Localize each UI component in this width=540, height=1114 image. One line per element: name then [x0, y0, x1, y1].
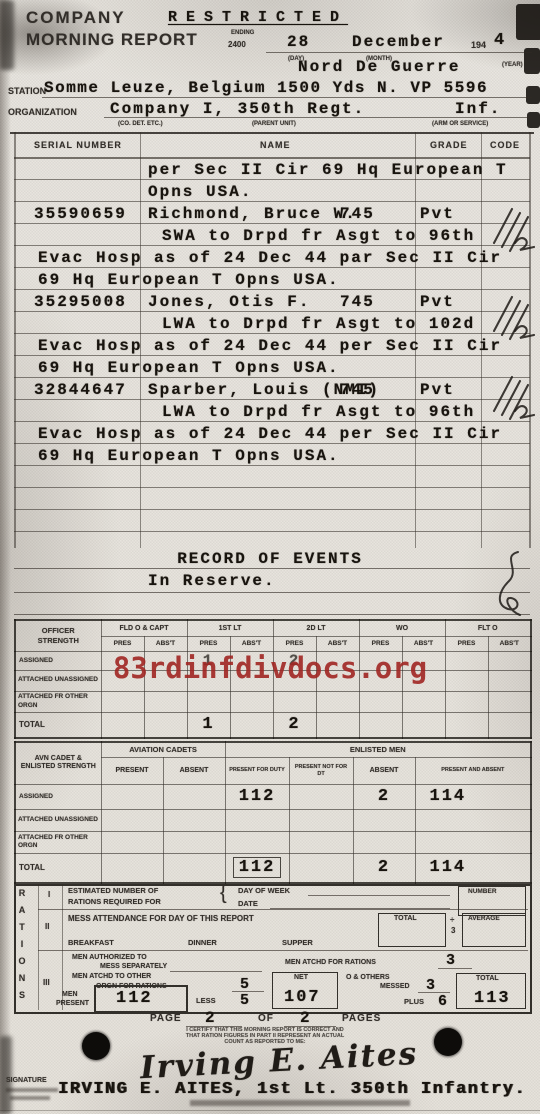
restricted-stamp: RESTRICTED — [168, 9, 348, 26]
roster-line: LWA to Drpd fr Asgt to 102d — [14, 312, 530, 334]
enlisted-assigned-absent: 2 — [353, 784, 415, 809]
date-label: DATE — [238, 899, 258, 908]
roster-line: 35295008 Jones, Otis F. 745 Pvt — [14, 290, 530, 312]
punch-hole — [434, 1028, 462, 1056]
col-header-code: CODE — [490, 140, 520, 150]
subcol-abst: ABS'T — [488, 636, 531, 651]
empty-cell — [445, 691, 488, 712]
rule — [10, 132, 534, 134]
col-header-name: NAME — [260, 140, 291, 150]
group-flt-o: FLT O — [445, 620, 531, 636]
subcol-pres: PRES — [101, 636, 144, 651]
website-watermark: 83rdinfdivdocs.org — [0, 651, 540, 685]
empty-cell — [230, 712, 273, 738]
men-authorized-line2: MESS SEPARATELY — [100, 963, 167, 970]
roster-text: 69 Hq European T Opns USA. — [38, 447, 340, 465]
subcol-abst: ABS'T — [230, 636, 273, 651]
serial-number: 32844647 — [34, 381, 127, 399]
empty-cell — [101, 809, 163, 831]
empty-cell — [289, 831, 353, 853]
rule — [14, 592, 530, 593]
rule — [38, 950, 528, 951]
empty-cell — [101, 691, 144, 712]
empty-cell — [163, 831, 225, 853]
empty-cell — [101, 784, 163, 809]
net-label: NET — [294, 974, 308, 981]
enlisted-total-absent: 2 — [353, 853, 415, 883]
men-atchd-rations-value: 3 — [446, 952, 457, 969]
form-title-morning-report: MORNING REPORT — [26, 30, 198, 50]
section-iii-numeral: III — [43, 978, 50, 987]
mess-total-label: TOTAL — [394, 915, 417, 922]
empty-cell — [353, 809, 415, 831]
empty-cell — [316, 691, 359, 712]
subcol-abst: ABS'T — [144, 636, 187, 651]
supper-label: SUPPER — [282, 938, 313, 947]
estimated-rations-line2: RATIONS REQUIRED FOR — [68, 897, 161, 906]
roster-text: Evac Hosp as of 24 Dec 44 per Sec II Cir — [38, 337, 502, 355]
mos-code: 745 — [340, 205, 375, 223]
page-number: 2 — [205, 1009, 217, 1027]
empty-cell — [289, 853, 353, 883]
handwritten-code-mark — [482, 291, 536, 345]
empty-cell — [289, 784, 353, 809]
breakfast-label: BREAKFAST — [68, 938, 114, 947]
rule — [308, 895, 450, 896]
rule — [38, 909, 528, 910]
label-line: OFFICER — [16, 626, 101, 635]
mos-code: 745 — [340, 381, 375, 399]
empty-cell — [230, 691, 273, 712]
rations-side-label: RATIONS — [17, 888, 27, 1008]
subcol-abst: ABS'T — [402, 636, 445, 651]
plus-label: PLUS — [404, 997, 424, 1006]
roster-line-empty — [14, 466, 530, 488]
pages-total: 2 — [300, 1009, 312, 1027]
report-day: 28 — [287, 33, 310, 51]
group-1st-lt: 1ST LT — [187, 620, 273, 636]
co-det-caption: (CO. DET. ETC.) — [118, 121, 163, 127]
punch-hole — [82, 1032, 110, 1060]
empty-cell — [488, 691, 531, 712]
label-line: STRENGTH — [16, 636, 101, 645]
subcol-present: PRESENT — [101, 757, 163, 784]
form-title-company: COMPANY — [26, 8, 126, 28]
soldier-name: Jones, Otis F. — [148, 293, 310, 311]
rule — [38, 884, 39, 1010]
mess-attendance-title: MESS ATTENDANCE FOR DAY OF THIS REPORT — [68, 914, 254, 923]
enlisted-total-pfd-cell: 112 — [225, 853, 289, 883]
station-value: Somme Leuze, Belgium 1500 Yds N. VP 5596 — [44, 79, 488, 97]
empty-cell — [359, 691, 402, 712]
subcol-abst: ABS'T — [316, 636, 359, 651]
divide-three: 3 — [451, 926, 455, 935]
estimated-rations-line1: ESTIMATED NUMBER OF — [68, 886, 158, 895]
officer-total-2dlt-pres: 2 — [273, 712, 316, 738]
scan-blotch — [0, 1036, 12, 1114]
roster-line: SWA to Drpd fr Asgt to 96th — [14, 224, 530, 246]
illegible-form-print — [190, 1100, 410, 1106]
empty-cell — [187, 691, 230, 712]
morning-report-scan: COMPANY MORNING REPORT RESTRICTED ENDING… — [0, 0, 540, 1114]
roster-text: Evac Hosp as of 24 Dec 44 par Sec II Cir — [38, 249, 502, 267]
group-aviation-cadets: AVIATION CADETS — [101, 742, 225, 757]
divide-sign: ÷ — [450, 915, 454, 924]
officer-total-1stlt-pres: 1 — [187, 712, 230, 738]
organization-value: Company I, 350th Regt. — [110, 100, 365, 118]
enlisted-total-paa: 114 — [415, 853, 531, 883]
roster-line: Opns USA. — [14, 180, 530, 202]
avn-cadet-enlisted-label: AVN CADET & ENLISTED STRENGTH — [15, 742, 101, 784]
empty-cell — [289, 809, 353, 831]
enlisted-assigned-pfd: 112 — [225, 784, 289, 809]
subcol-present-not-for-dt: PRESENT NOT FOR DT — [289, 757, 353, 784]
subcol-pres: PRES — [273, 636, 316, 651]
subcol-pres: PRES — [445, 636, 488, 651]
rank: Pvt — [420, 293, 455, 311]
empty-cell — [402, 691, 445, 712]
illegible-form-print — [10, 1096, 50, 1100]
arm-service-value: Inf. — [455, 100, 501, 118]
scan-blotch — [0, 0, 14, 70]
rule — [270, 908, 450, 909]
mos-code: 745 — [340, 293, 375, 311]
station-label: STATION — [8, 86, 46, 96]
subcol-pres: PRES — [359, 636, 402, 651]
organization-label: ORGANIZATION — [8, 107, 77, 117]
soldier-name: Richmond, Bruce W. — [148, 205, 357, 223]
group-fld-o-capt: FLD O & CAPT — [101, 620, 187, 636]
empty-cell — [101, 831, 163, 853]
roster-line: Evac Hosp as of 24 Dec 44 per Sec II Cir — [14, 334, 530, 356]
empty-cell — [163, 809, 225, 831]
row-attached-fr-other: ATTACHED FR OTHER ORGN — [15, 831, 101, 853]
roster-text: LWA to Drpd fr Asgt to 96th — [162, 403, 475, 421]
of-label: OF — [258, 1013, 274, 1024]
rations-total-label: TOTAL — [476, 975, 499, 982]
roster-text: per Sec II Cir 69 Hq European T — [148, 161, 508, 179]
day-of-week-label: DAY OF WEEK — [238, 886, 290, 895]
empty-cell — [225, 809, 289, 831]
roster-line-empty — [14, 510, 530, 532]
rations-total-value: 113 — [474, 989, 511, 1008]
empty-cell — [163, 853, 225, 883]
report-year-digit: 4 — [494, 31, 506, 50]
roster-text: Opns USA. — [148, 183, 252, 201]
rank: Pvt — [420, 381, 455, 399]
officer-strength-label: OFFICER STRENGTH — [15, 620, 101, 651]
rule — [14, 614, 530, 615]
section-ii-numeral: II — [45, 922, 49, 931]
signature-label: SIGNATURE — [6, 1077, 47, 1084]
roster-line-empty — [14, 488, 530, 510]
present-label: PRESENT — [56, 1000, 89, 1007]
rank: Pvt — [420, 205, 455, 223]
empty-cell — [225, 831, 289, 853]
serial-number: 35295008 — [34, 293, 127, 311]
roster-text: 69 Hq European T Opns USA. — [38, 271, 340, 289]
rule — [266, 52, 532, 53]
roster-line: Evac Hosp as of 24 Dec 44 par Sec II Cir — [14, 246, 530, 268]
map-grid-note: Nord De Guerre — [298, 58, 460, 76]
men-atchd-rations-label: MEN ATCHD FOR RATIONS — [285, 959, 376, 966]
scan-blotch — [527, 112, 540, 128]
pages-label: PAGES — [342, 1013, 381, 1024]
subcol-absent: ABSENT — [163, 757, 225, 784]
plus-value: 6 — [438, 993, 449, 1010]
men-present-value: 112 — [116, 989, 153, 1008]
rule — [0, 1110, 540, 1111]
roster-line: 35590659 Richmond, Bruce W. 745 Pvt — [14, 202, 530, 224]
men-label: MEN — [62, 991, 78, 998]
row-assigned: ASSIGNED — [15, 784, 101, 809]
roster-text: LWA to Drpd fr Asgt to 102d — [162, 315, 475, 333]
less-value: 5 — [240, 992, 251, 1009]
handwritten-code-mark — [482, 203, 536, 257]
number-box-label: NUMBER — [468, 888, 497, 895]
enlisted-total-pfd: 112 — [233, 857, 282, 878]
empty-cell — [163, 784, 225, 809]
roster-line: 69 Hq European T Opns USA. — [14, 356, 530, 378]
typed-signature-name: IRVING E. AITES, 1st Lt. 350th Infantry. — [58, 1080, 526, 1099]
scan-blotch — [526, 86, 540, 104]
record-of-events-title: RECORD OF EVENTS — [0, 550, 540, 568]
handwritten-flourish — [488, 548, 532, 618]
arm-service-caption: (ARM OR SERVICE) — [432, 121, 488, 127]
roster-line: 32844647 Sparber, Louis (NMI) 745 Pvt — [14, 378, 530, 400]
serial-number: 35590659 — [34, 205, 127, 223]
row-attached-unassigned: ATTACHED UNASSIGNED — [15, 809, 101, 831]
empty-cell — [101, 853, 163, 883]
year-caption: (YEAR) — [502, 62, 523, 68]
scan-blotch — [516, 4, 540, 40]
row-attached-fr-other: ATTACHED FR OTHER ORGN — [15, 691, 101, 712]
roster-line: 69 Hq European T Opns USA. — [14, 444, 530, 466]
roster-line: per Sec II Cir 69 Hq European T — [14, 158, 530, 180]
dinner-label: DINNER — [188, 938, 217, 947]
group-wo: WO — [359, 620, 445, 636]
section-i-numeral: I — [48, 890, 50, 899]
men-authorized-line1: MEN AUTHORIZED TO — [72, 954, 147, 961]
subcol-absent-en: ABSENT — [353, 757, 415, 784]
others-line1: O & OTHERS — [346, 974, 390, 981]
empty-cell — [316, 712, 359, 738]
roster-rows: per Sec II Cir 69 Hq European T Opns USA… — [14, 158, 530, 548]
col-header-grade: GRADE — [430, 140, 468, 150]
rule — [104, 117, 532, 118]
illegible-form-print — [6, 1088, 58, 1092]
empty-cell — [273, 691, 316, 712]
empty-cell — [415, 831, 531, 853]
roster-text: 69 Hq European T Opns USA. — [38, 359, 340, 377]
record-of-events-entry: In Reserve. — [148, 572, 276, 590]
row-total: TOTAL — [15, 712, 101, 738]
net-value: 107 — [284, 988, 321, 1007]
col-header-serial: SERIAL NUMBER — [34, 140, 122, 150]
ending-time: 2400 — [228, 40, 246, 49]
rule — [14, 568, 530, 569]
enlisted-assigned-paa: 114 — [415, 784, 531, 809]
rule — [170, 971, 262, 972]
subcol-pres: PRES — [187, 636, 230, 651]
group-enlisted-men: ENLISTED MEN — [225, 742, 531, 757]
year-prefix: 194 — [471, 40, 486, 50]
men-atchd-other-line1: MEN ATCHD TO OTHER — [72, 973, 151, 980]
rule — [438, 968, 472, 969]
rule — [42, 97, 532, 98]
empty-cell — [445, 712, 488, 738]
empty-cell — [144, 712, 187, 738]
handwritten-code-mark — [482, 371, 536, 425]
page-label: PAGE — [150, 1013, 182, 1024]
empty-cell — [359, 712, 402, 738]
row-total: TOTAL — [15, 853, 101, 883]
report-month: December — [352, 33, 445, 51]
roster-line: Evac Hosp as of 24 Dec 44 per Sec II Cir — [14, 422, 530, 444]
empty-cell — [144, 691, 187, 712]
average-label: AVERAGE — [468, 915, 500, 922]
empty-cell — [415, 809, 531, 831]
empty-cell — [101, 712, 144, 738]
parent-unit-caption: (PARENT UNIT) — [252, 121, 296, 127]
less-label: LESS — [196, 996, 216, 1005]
roster-text: Evac Hosp as of 24 Dec 44 per Sec II Cir — [38, 425, 502, 443]
others-line2: MESSED — [380, 983, 410, 990]
empty-cell — [353, 831, 415, 853]
roster-line: LWA to Drpd fr Asgt to 96th — [14, 400, 530, 422]
brace: { — [220, 882, 227, 905]
roster-text: SWA to Drpd fr Asgt to 96th — [162, 227, 475, 245]
subcol-present-and-absent: PRESENT AND ABSENT — [415, 757, 531, 784]
subcol-present-for-duty: PRESENT FOR DUTY — [225, 757, 289, 784]
roster-line: 69 Hq European T Opns USA. — [14, 268, 530, 290]
enlisted-strength-table: AVN CADET & ENLISTED STRENGTH AVIATION C… — [14, 741, 532, 884]
ending-label: ENDING — [231, 30, 254, 36]
empty-cell — [402, 712, 445, 738]
group-2d-lt: 2D LT — [273, 620, 359, 636]
